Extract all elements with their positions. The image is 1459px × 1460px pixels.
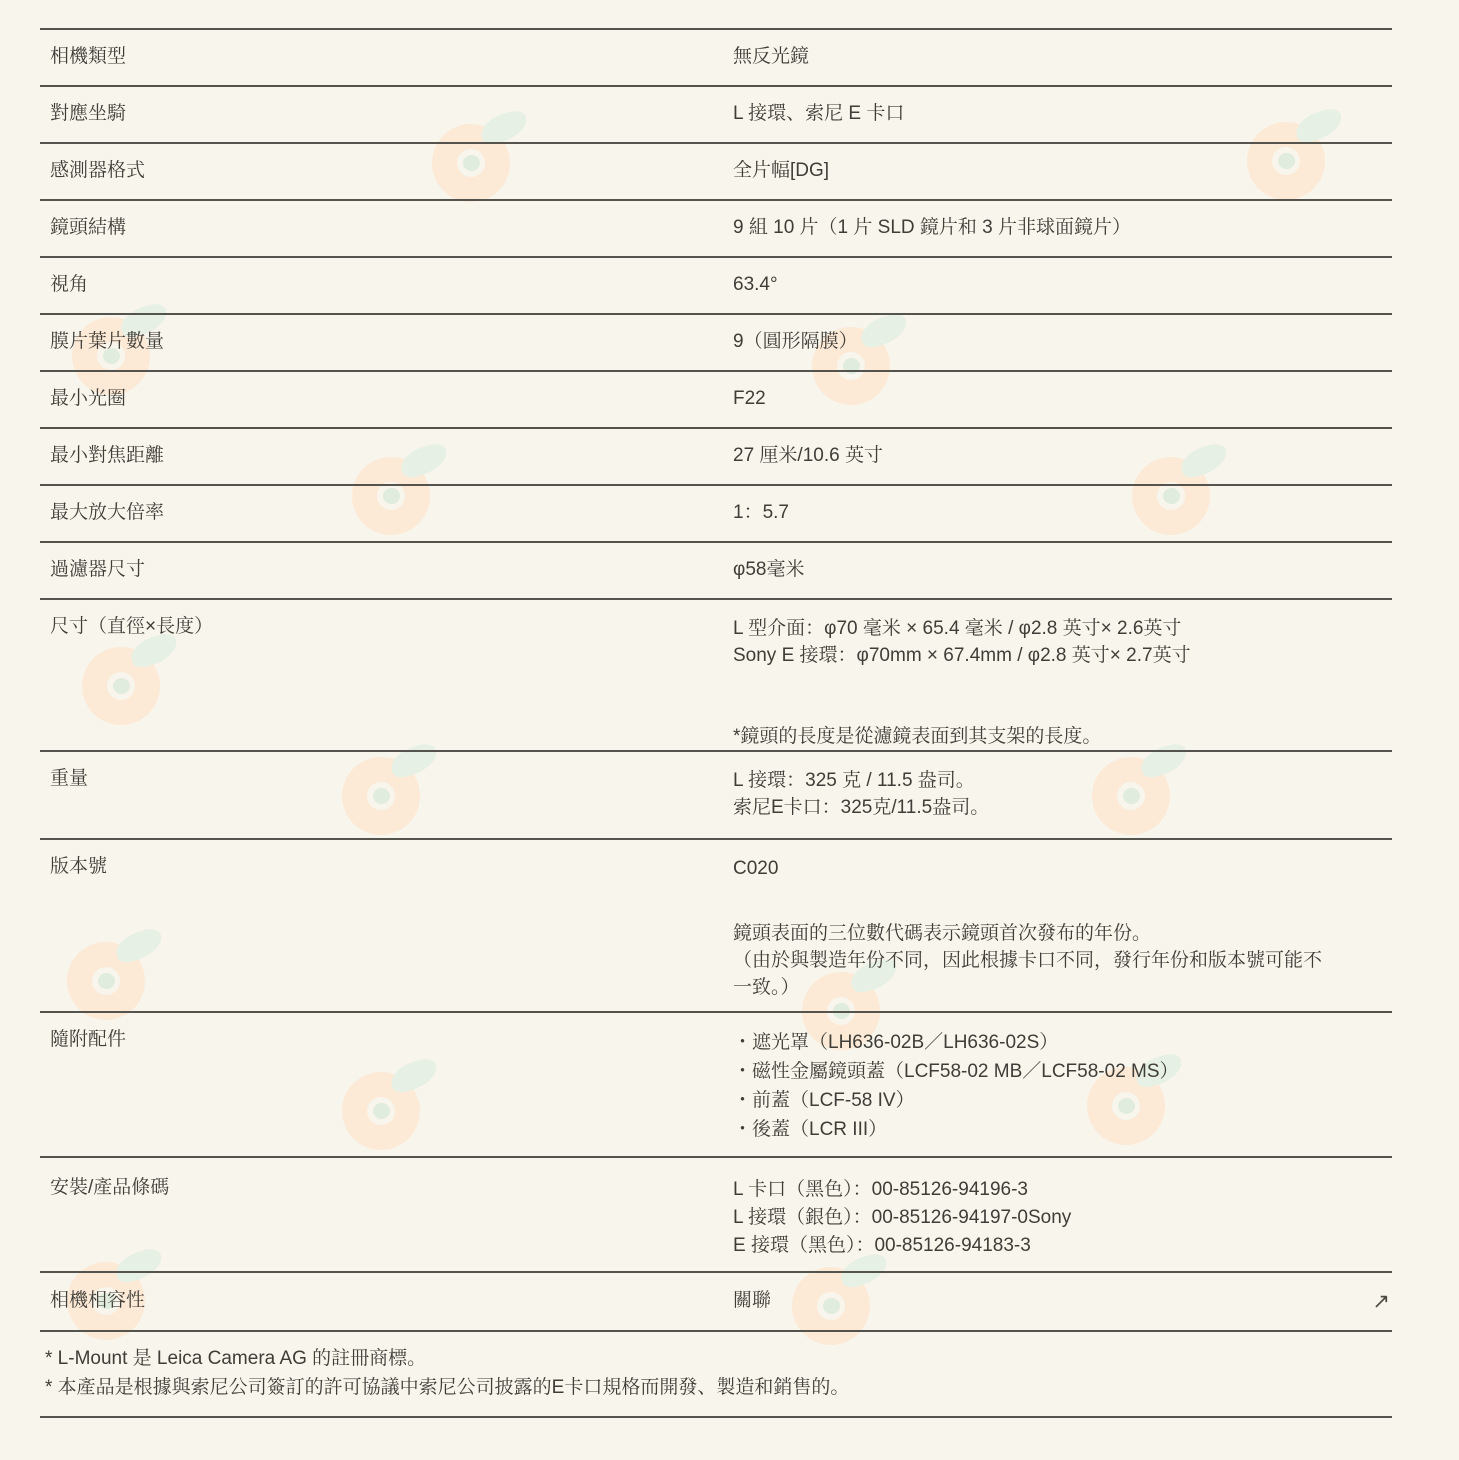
spec-value: L 接環、索尼 E 卡口 (733, 102, 1392, 126)
accessory-item: ・後蓋（LCR III） (733, 1115, 1392, 1144)
spec-label: 最大放大倍率 (40, 501, 733, 525)
spec-value-line: 1：5.7 (733, 501, 1392, 525)
accessory-item: ・遮光罩（LH636-02B／LH636-02S） (733, 1028, 1392, 1057)
spec-label: 過濾器尺寸 (40, 558, 733, 582)
spec-label: 安裝/產品條碼 (40, 1176, 733, 1200)
spec-value: φ58毫米 (733, 558, 1392, 582)
spec-value: 27 厘米/10.6 英寸 (733, 444, 1392, 468)
barcode-line: L 卡口（黑色）：00-85126-94196-3 (733, 1176, 1392, 1204)
spec-label: 相機相容性 (40, 1289, 733, 1313)
barcode-line: E 接環（黑色）：00-85126-94183-3 (733, 1232, 1392, 1260)
spec-value-line: φ58毫米 (733, 558, 1392, 582)
spec-value-line: Sony E 接環：φ70mm × 67.4mm / φ2.8 英寸× 2.7英… (733, 642, 1392, 669)
spec-row-edition-number: 版本號 C020 鏡頭表面的三位數代碼表示鏡頭首次發布的年份。 （由於與製造年份… (40, 838, 1392, 1011)
spec-value: F22 (733, 387, 1392, 411)
external-link-icon[interactable]: ↗ (1372, 1291, 1390, 1312)
spec-row-min-aperture: 最小光圈 F22 (40, 370, 1392, 427)
accessory-item: ・前蓋（LCF-58 IV） (733, 1086, 1392, 1115)
spec-label: 版本號 (40, 855, 733, 879)
spec-value: C020 鏡頭表面的三位數代碼表示鏡頭首次發布的年份。 （由於與製造年份不同，因… (733, 855, 1333, 1001)
spec-value-line: L 型介面：φ70 毫米 × 65.4 毫米 / φ2.8 英寸× 2.6英寸 (733, 615, 1392, 642)
spec-row-lens-construction: 鏡頭結構 9 組 10 片（1 片 SLD 鏡片和 3 片非球面鏡片） (40, 199, 1392, 256)
spec-row-angle-of-view: 視角 63.4° (40, 256, 1392, 313)
spec-row-mounts: 對應坐騎 L 接環、索尼 E 卡口 (40, 85, 1392, 142)
spec-row-weight: 重量 L 接環：325 克 / 11.5 盎司。 索尼E卡口：325克/11.5… (40, 750, 1392, 838)
spec-label: 對應坐騎 (40, 102, 733, 126)
spec-label: 視角 (40, 273, 733, 297)
spec-value-line: 全片幅[DG] (733, 159, 1392, 183)
spec-row-dimensions: 尺寸（直徑×長度） L 型介面：φ70 毫米 × 65.4 毫米 / φ2.8 … (40, 598, 1392, 750)
spec-value: 全片幅[DG] (733, 159, 1392, 183)
spec-row-max-magnification: 最大放大倍率 1：5.7 (40, 484, 1392, 541)
spec-row-barcodes: 安裝/產品條碼 L 卡口（黑色）：00-85126-94196-3 L 接環（銀… (40, 1156, 1392, 1271)
spec-value-line: 9 組 10 片（1 片 SLD 鏡片和 3 片非球面鏡片） (733, 216, 1392, 240)
spec-label: 隨附配件 (40, 1028, 733, 1052)
spec-value: L 型介面：φ70 毫米 × 65.4 毫米 / φ2.8 英寸× 2.6英寸 … (733, 615, 1392, 750)
spec-value-line: F22 (733, 387, 1392, 411)
spec-value-line: 索尼E卡口：325克/11.5盎司。 (733, 794, 1392, 821)
spec-label: 重量 (40, 767, 733, 791)
spec-row-camera-type: 相機類型 無反光鏡 (40, 28, 1392, 85)
spec-value: 關聯 ↗ (733, 1289, 1392, 1313)
spec-table: 相機類型 無反光鏡 對應坐騎 L 接環、索尼 E 卡口 感測器格式 全片幅[DG… (40, 28, 1392, 1330)
spec-label: 相機類型 (40, 45, 733, 69)
spec-value-line: L 接環：325 克 / 11.5 盎司。 (733, 767, 1392, 794)
spec-value: L 卡口（黑色）：00-85126-94196-3 L 接環（銀色）：00-85… (733, 1176, 1392, 1260)
spec-value-note: *鏡頭的長度是從濾鏡表面到其支架的長度。 (733, 723, 1392, 750)
compatibility-link[interactable]: 關聯 (733, 1289, 771, 1313)
spec-row-sensor-format: 感測器格式 全片幅[DG] (40, 142, 1392, 199)
spec-value: 1：5.7 (733, 501, 1392, 525)
spec-value-line: 63.4° (733, 273, 1392, 297)
spec-row-accessories: 隨附配件 ・遮光罩（LH636-02B／LH636-02S） ・磁性金屬鏡頭蓋（… (40, 1011, 1392, 1156)
spec-value: 9（圓形隔膜） (733, 330, 1392, 354)
spec-label: 鏡頭結構 (40, 216, 733, 240)
spec-label: 尺寸（直徑×長度） (40, 615, 733, 639)
spec-value-line: 無反光鏡 (733, 45, 1392, 69)
spec-value-line: 9（圓形隔膜） (733, 330, 1392, 354)
spec-value-line: L 接環、索尼 E 卡口 (733, 102, 1392, 126)
spec-value: 無反光鏡 (733, 45, 1392, 69)
spec-value: 9 組 10 片（1 片 SLD 鏡片和 3 片非球面鏡片） (733, 216, 1392, 240)
spec-label: 最小光圈 (40, 387, 733, 411)
spec-label: 膜片葉片數量 (40, 330, 733, 354)
spec-row-filter-size: 過濾器尺寸 φ58毫米 (40, 541, 1392, 598)
spec-value: L 接環：325 克 / 11.5 盎司。 索尼E卡口：325克/11.5盎司。 (733, 767, 1392, 821)
spec-label: 感測器格式 (40, 159, 733, 183)
spec-value-line: C020 (733, 855, 1333, 882)
spec-row-diaphragm-blades: 膜片葉片數量 9（圓形隔膜） (40, 313, 1392, 370)
spec-label: 最小對焦距離 (40, 444, 733, 468)
lens-spec-page: 相機類型 無反光鏡 對應坐騎 L 接環、索尼 E 卡口 感測器格式 全片幅[DG… (0, 0, 1459, 1460)
footnote-emount: * 本產品是根據與索尼公司簽訂的許可協議中索尼公司披露的E卡口規格而開發、製造和… (45, 1373, 1392, 1402)
spec-row-compatibility: 相機相容性 關聯 ↗ (40, 1271, 1392, 1330)
footnote-lmount: * L-Mount 是 Leica Camera AG 的註冊商標。 (45, 1344, 1392, 1373)
accessory-item: ・磁性金屬鏡頭蓋（LCF58-02 MB／LCF58-02 MS） (733, 1057, 1392, 1086)
spec-row-min-focus-distance: 最小對焦距離 27 厘米/10.6 英寸 (40, 427, 1392, 484)
footnotes: * L-Mount 是 Leica Camera AG 的註冊商標。 * 本產品… (40, 1330, 1392, 1418)
spec-value: 63.4° (733, 273, 1392, 297)
spec-value-note: 鏡頭表面的三位數代碼表示鏡頭首次發布的年份。 (733, 920, 1333, 947)
barcode-line: L 接環（銀色）：00-85126-94197-0Sony (733, 1204, 1392, 1232)
spec-value-note: （由於與製造年份不同，因此根據卡口不同，發行年份和版本號可能不一致。） (733, 947, 1333, 1001)
spec-value: ・遮光罩（LH636-02B／LH636-02S） ・磁性金屬鏡頭蓋（LCF58… (733, 1028, 1392, 1144)
spec-value-line: 27 厘米/10.6 英寸 (733, 444, 1392, 468)
